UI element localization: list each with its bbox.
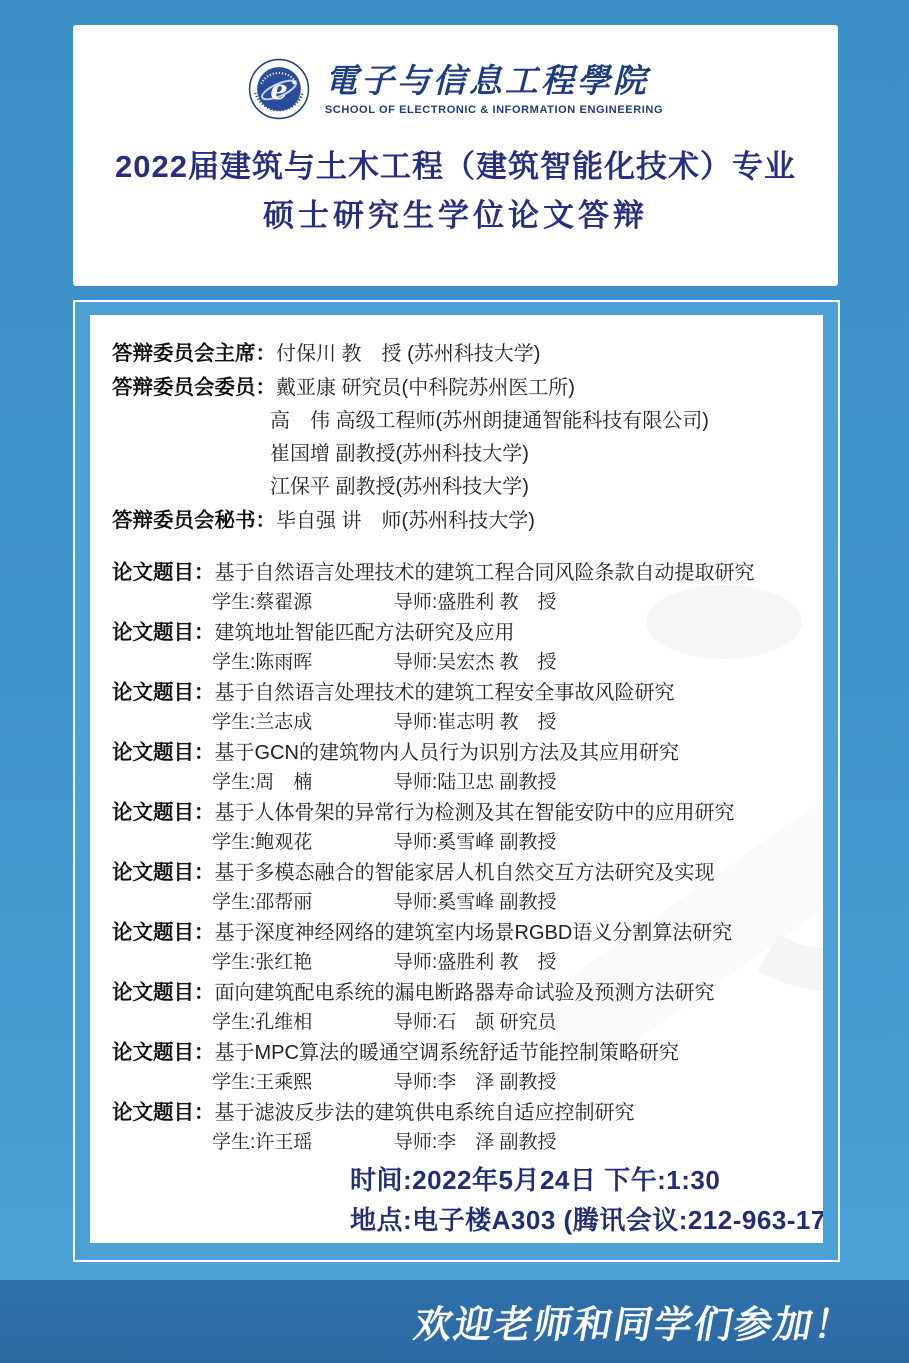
poster-title-line2: 硕士研究生学位论文答辩 <box>73 198 838 234</box>
school-banner: e 電子与信息工程學院 SCHOOL OF ELECTRONIC & INFOR… <box>73 25 838 120</box>
footer-welcome-text: 欢迎老师和同学们参加！ <box>410 1293 860 1348</box>
thesis-item: 论文题目：基于人体骨架的异常行为检测及其在智能安防中的应用研究 学生:鲍观花导师… <box>112 798 809 858</box>
school-name-en: SCHOOL OF ELECTRONIC & INFORMATION ENGIN… <box>325 104 663 116</box>
thesis-title: 基于深度神经网络的建筑室内场景RGBD语义分割算法研究 <box>215 922 733 944</box>
committee-member-value: 崔国增 副教授(苏州科技大学) <box>270 443 529 465</box>
thesis-item: 论文题目：基于自然语言处理技术的建筑工程合同风险条款自动提取研究 学生:蔡翟源导… <box>112 558 809 618</box>
school-emblem-icon: e <box>248 58 310 120</box>
thesis-label: 论文题目： <box>112 801 215 824</box>
thesis-item: 论文题目：建筑地址智能匹配方法研究及应用 学生:陈雨晖导师:吴宏杰 教 授 <box>112 618 809 678</box>
thesis-student: 学生:蔡翟源 <box>212 588 394 618</box>
thesis-advisor: 导师:李 泽 副教授 <box>394 1128 557 1158</box>
thesis-label: 论文题目： <box>112 741 215 764</box>
thesis-advisor: 导师:盛胜利 教 授 <box>394 588 557 618</box>
thesis-defense-poster: e 電子与信息工程學院 SCHOOL OF ELECTRONIC & INFOR… <box>0 0 909 1363</box>
thesis-item: 论文题目：基于多模态融合的智能家居人机自然交互方法研究及实现 学生:邵帮丽导师:… <box>112 858 809 918</box>
main-section: 答辩委员会主席：付保川 教 授 (苏州科技大学) 答辩委员会委员：戴亚康 研究员… <box>73 300 840 1262</box>
committee-members-label: 答辩委员会委员： <box>112 376 276 399</box>
committee-row: 崔国增 副教授(苏州科技大学) <box>112 438 809 471</box>
thesis-label: 论文题目： <box>112 1101 215 1124</box>
committee-member-value: 江保平 副教授(苏州科技大学) <box>270 476 529 498</box>
thesis-item: 论文题目：基于自然语言处理技术的建筑工程安全事故风险研究 学生:兰志成导师:崔志… <box>112 678 809 738</box>
committee-row: 答辩委员会秘书：毕自强 讲 师(苏州科技大学) <box>112 504 809 538</box>
thesis-label: 论文题目： <box>112 981 215 1004</box>
thesis-title: 基于人体骨架的异常行为检测及其在智能安防中的应用研究 <box>215 802 735 824</box>
thesis-label: 论文题目： <box>112 1041 215 1064</box>
thesis-advisor: 导师:盛胜利 教 授 <box>394 948 557 978</box>
thesis-label: 论文题目： <box>112 861 215 884</box>
thesis-advisor: 导师:陆卫忠 副教授 <box>394 768 557 798</box>
thesis-title: 基于GCN的建筑物内人员行为识别方法及其应用研究 <box>215 742 679 764</box>
thesis-advisor: 导师:奚雪峰 副教授 <box>394 828 557 858</box>
footer-band: 欢迎老师和同学们参加！ <box>0 1280 909 1363</box>
thesis-label: 论文题目： <box>112 561 215 584</box>
thesis-item: 论文题目：面向建筑配电系统的漏电断路器寿命试验及预测方法研究 学生:孔维相导师:… <box>112 978 809 1038</box>
thesis-advisor: 导师:石 颉 研究员 <box>394 1008 557 1038</box>
thesis-student: 学生:孔维相 <box>212 1008 394 1038</box>
thesis-list: 论文题目：基于自然语言处理技术的建筑工程合同风险条款自动提取研究 学生:蔡翟源导… <box>112 558 809 1158</box>
committee-row: 高 伟 高级工程师(苏州朗捷通智能科技有限公司) <box>112 405 809 438</box>
thesis-label: 论文题目： <box>112 681 215 704</box>
thesis-title: 基于自然语言处理技术的建筑工程合同风险条款自动提取研究 <box>215 562 755 584</box>
header-card: e 電子与信息工程學院 SCHOOL OF ELECTRONIC & INFOR… <box>73 25 838 286</box>
thesis-title: 基于滤波反步法的建筑供电系统自适应控制研究 <box>215 1102 635 1124</box>
committee-row: 答辩委员会主席：付保川 教 授 (苏州科技大学) <box>112 337 809 371</box>
thesis-label: 论文题目： <box>112 621 215 644</box>
thesis-advisor: 导师:李 泽 副教授 <box>394 1068 557 1098</box>
thesis-student: 学生:陈雨晖 <box>212 648 394 678</box>
thesis-student: 学生:周 楠 <box>212 768 394 798</box>
poster-title-line1: 2022届建筑与土木工程（建筑智能化技术）专业 <box>73 149 838 185</box>
schedule-block: 时间:2022年5月24日 下午:1:30 地点:电子楼A303 (腾讯会议:2… <box>350 1160 809 1240</box>
thesis-advisor: 导师:吴宏杰 教 授 <box>394 648 557 678</box>
thesis-item: 论文题目：基于MPC算法的暖通空调系统舒适节能控制策略研究 学生:王乘熙导师:李… <box>112 1038 809 1098</box>
thesis-student: 学生:张红艳 <box>212 948 394 978</box>
schedule-location: 地点:电子楼A303 (腾讯会议:212-963-176) <box>350 1200 809 1240</box>
main-content: 答辩委员会主席：付保川 教 授 (苏州科技大学) 答辩委员会委员：戴亚康 研究员… <box>90 315 823 1240</box>
thesis-title: 建筑地址智能匹配方法研究及应用 <box>215 622 515 644</box>
thesis-advisor: 导师:崔志明 教 授 <box>394 708 557 738</box>
committee-chair-value: 付保川 教 授 (苏州科技大学) <box>276 343 540 365</box>
committee-secretary-value: 毕自强 讲 师(苏州科技大学) <box>276 510 535 532</box>
committee-secretary-label: 答辩委员会秘书： <box>112 509 276 532</box>
committee-member-value: 高 伟 高级工程师(苏州朗捷通智能科技有限公司) <box>270 410 709 432</box>
thesis-advisor: 导师:奚雪峰 副教授 <box>394 888 557 918</box>
committee-chair-label: 答辩委员会主席： <box>112 342 276 365</box>
thesis-item: 论文题目：基于深度神经网络的建筑室内场景RGBD语义分割算法研究 学生:张红艳导… <box>112 918 809 978</box>
thesis-student: 学生:许王瑶 <box>212 1128 394 1158</box>
thesis-title: 基于自然语言处理技术的建筑工程安全事故风险研究 <box>215 682 675 704</box>
committee-block: 答辩委员会主席：付保川 教 授 (苏州科技大学) 答辩委员会委员：戴亚康 研究员… <box>112 337 809 538</box>
thesis-student: 学生:邵帮丽 <box>212 888 394 918</box>
committee-row: 江保平 副教授(苏州科技大学) <box>112 471 809 504</box>
main-card: 答辩委员会主席：付保川 教 授 (苏州科技大学) 答辩委员会委员：戴亚康 研究员… <box>90 315 823 1243</box>
committee-row: 答辩委员会委员：戴亚康 研究员(中科院苏州医工所) <box>112 371 809 405</box>
svg-text:e: e <box>270 75 287 106</box>
thesis-student: 学生:王乘熙 <box>212 1068 394 1098</box>
schedule-time: 时间:2022年5月24日 下午:1:30 <box>350 1160 809 1200</box>
thesis-title: 面向建筑配电系统的漏电断路器寿命试验及预测方法研究 <box>215 982 715 1004</box>
committee-member-value: 戴亚康 研究员(中科院苏州医工所) <box>276 377 575 399</box>
thesis-student: 学生:兰志成 <box>212 708 394 738</box>
school-name-zh: 電子与信息工程學院 <box>325 62 663 100</box>
thesis-title: 基于多模态融合的智能家居人机自然交互方法研究及实现 <box>215 862 715 884</box>
thesis-title: 基于MPC算法的暖通空调系统舒适节能控制策略研究 <box>215 1042 679 1064</box>
thesis-item: 论文题目：基于GCN的建筑物内人员行为识别方法及其应用研究 学生:周 楠导师:陆… <box>112 738 809 798</box>
school-name-block: 電子与信息工程學院 SCHOOL OF ELECTRONIC & INFORMA… <box>325 62 663 116</box>
thesis-label: 论文题目： <box>112 921 215 944</box>
thesis-student: 学生:鲍观花 <box>212 828 394 858</box>
thesis-item: 论文题目：基于滤波反步法的建筑供电系统自适应控制研究 学生:许王瑶导师:李 泽 … <box>112 1098 809 1158</box>
